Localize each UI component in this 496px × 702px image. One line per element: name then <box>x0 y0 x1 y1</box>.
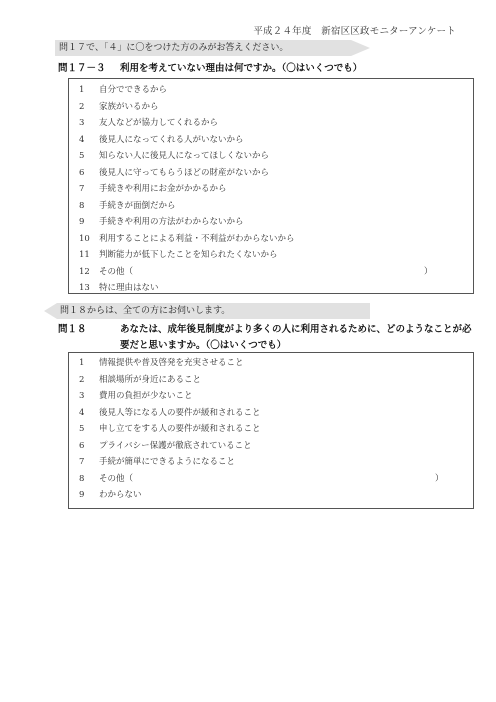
option-number: 7 <box>79 454 99 471</box>
question-title-q17-3: 問１７－３利用を考えていない理由は何ですか。（〇はいくつでも） <box>58 60 362 74</box>
option-item[interactable]: 9手続きや利用の方法がわからないから <box>79 214 473 231</box>
option-number: 5 <box>79 148 99 165</box>
option-label: 後見人に守ってもらうほどの財産がないから <box>99 168 269 178</box>
option-number: 1 <box>79 82 99 99</box>
option-number: 1 <box>79 355 99 372</box>
option-item-other[interactable]: 12その他（） <box>79 264 473 281</box>
option-label: 自分でできるから <box>99 85 167 95</box>
option-item[interactable]: 1情報提供や普及啓発を充実させること <box>79 355 473 372</box>
option-item-other[interactable]: 8その他（） <box>79 471 473 488</box>
instruction-banner-q18: 問１８からは、全ての方にお伺いします。 <box>44 303 370 319</box>
option-number: 3 <box>79 115 99 132</box>
option-number: 5 <box>79 421 99 438</box>
option-label: その他（ <box>99 267 133 277</box>
option-item[interactable]: 11判断能力が低下したことを知られたくないから <box>79 247 473 264</box>
option-label: 相談場所が身近にあること <box>99 375 201 385</box>
option-label: 申し立てをする人の要件が緩和されること <box>99 424 261 434</box>
option-label: 特に理由はない <box>99 283 159 293</box>
option-label: 家族がいるから <box>99 102 159 112</box>
option-label: 後見人等になる人の要件が緩和されること <box>99 408 261 418</box>
option-item[interactable]: 2家族がいるから <box>79 99 473 116</box>
option-label: 知らない人に後見人になってほしくないから <box>99 151 269 161</box>
option-label: 手続きや利用の方法がわからないから <box>99 217 244 227</box>
question-text: 利用を考えていない理由は何ですか。（〇はいくつでも） <box>120 63 362 74</box>
option-number: 2 <box>79 99 99 116</box>
option-item[interactable]: 7手続が簡単にできるようになること <box>79 454 473 471</box>
option-number: 9 <box>79 487 99 504</box>
option-label: 友人などが協力してくれるから <box>99 118 218 128</box>
option-label: その他（ <box>99 474 133 484</box>
option-number: 7 <box>79 181 99 198</box>
option-item[interactable]: 3友人などが協力してくれるから <box>79 115 473 132</box>
option-number: 8 <box>79 198 99 215</box>
option-item[interactable]: 6後見人に守ってもらうほどの財産がないから <box>79 165 473 182</box>
option-number: 4 <box>79 132 99 149</box>
option-item[interactable]: 6プライバシー保護が徹底されていること <box>79 438 473 455</box>
option-item[interactable]: 5知らない人に後見人になってほしくないから <box>79 148 473 165</box>
question-number: 問１７－３ <box>58 60 120 74</box>
other-input-close-paren: ） <box>424 264 433 281</box>
option-label: プライバシー保護が徹底されていること <box>99 441 252 451</box>
option-item[interactable]: 8手続きが面倒だから <box>79 198 473 215</box>
option-label: 情報提供や普及啓発を充実させること <box>99 358 244 368</box>
options-box-q18: 1情報提供や普及啓発を充実させること 2相談場所が身近にあること 3費用の負担が… <box>68 352 474 509</box>
option-number: 8 <box>79 471 99 488</box>
option-number: 13 <box>79 280 99 297</box>
option-item[interactable]: 9わからない <box>79 487 473 504</box>
option-number: 2 <box>79 372 99 389</box>
option-label: 手続きが面倒だから <box>99 201 176 211</box>
options-box-q17-3: 1自分でできるから 2家族がいるから 3友人などが協力してくれるから 4後見人に… <box>68 78 474 294</box>
option-label: 手続きや利用にお金がかかるから <box>99 184 227 194</box>
option-item[interactable]: 7手続きや利用にお金がかかるから <box>79 181 473 198</box>
option-item[interactable]: 4後見人になってくれる人がいないから <box>79 132 473 149</box>
option-item[interactable]: 5申し立てをする人の要件が緩和されること <box>79 421 473 438</box>
option-number: 6 <box>79 438 99 455</box>
option-item[interactable]: 10利用することによる利益・不利益がわからないから <box>79 231 473 248</box>
option-number: 10 <box>79 231 99 248</box>
question-title-q18: 問１８あなたは、成年後見制度がより多くの人に利用されるために、どのようなことが必… <box>58 322 472 354</box>
option-label: 利用することによる利益・不利益がわからないから <box>99 234 295 244</box>
question-text-line1: あなたは、成年後見制度がより多くの人に利用されるために、どのようなことが必 <box>120 324 472 335</box>
other-input-close-paren: ） <box>435 471 444 488</box>
option-item[interactable]: 13特に理由はない <box>79 280 473 297</box>
option-item[interactable]: 2相談場所が身近にあること <box>79 372 473 389</box>
option-number: 12 <box>79 264 99 281</box>
document-header: 平成２４年度 新宿区区政モニターアンケート <box>253 23 456 37</box>
option-number: 3 <box>79 388 99 405</box>
option-label: 費用の負担が少ないこと <box>99 391 193 401</box>
option-label: 後見人になってくれる人がいないから <box>99 135 244 145</box>
option-item[interactable]: 3費用の負担が少ないこと <box>79 388 473 405</box>
option-label: 判断能力が低下したことを知られたくないから <box>99 250 278 260</box>
option-number: 4 <box>79 405 99 422</box>
option-label: 手続が簡単にできるようになること <box>99 457 235 467</box>
option-number: 11 <box>79 247 99 264</box>
option-item[interactable]: 1自分でできるから <box>79 82 473 99</box>
option-number: 6 <box>79 165 99 182</box>
option-number: 9 <box>79 214 99 231</box>
option-item[interactable]: 4後見人等になる人の要件が緩和されること <box>79 405 473 422</box>
instruction-banner-q17: 問１７で、「４」に〇をつけた方のみがお答えください。 <box>55 40 370 56</box>
question-number: 問１８ <box>58 322 120 338</box>
option-label: わからない <box>99 490 142 500</box>
